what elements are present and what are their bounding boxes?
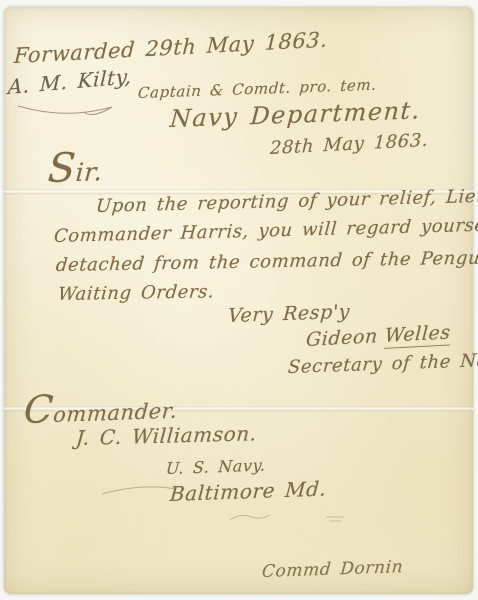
pencil-scribble-left [230,515,270,520]
welles-signature-last: Welles [384,321,452,349]
body-line-4: Waiting Orders. [57,281,215,305]
kilty-paraph-flourish [18,106,112,115]
body-line-3: detached from the command of the Penguin… [55,246,478,276]
letter-paper: Forwarded 29th May 1863. A. M. Kilty, Ca… [4,7,473,594]
welles-signature-first: Gideon [305,325,378,351]
welles-signature: GideonWelles [305,321,451,351]
docket-note: Commd Dornin [261,557,404,582]
secretary-title-line: Secretary of the Navy. [287,349,478,378]
kilty-signature: A. M. Kilty, [7,64,132,99]
pencil-stroke-baltimore [102,487,176,494]
letter-date: 28th May 1863. [269,130,428,159]
valediction: Very Resp'y [227,301,351,327]
scan-background: { "colors": { "ink": "#7e6b47", "pencil"… [0,0,478,600]
salutation: Sir. [46,144,104,192]
letterhead-department: Navy Department. [169,96,422,133]
addressee-location: Baltimore Md. [169,476,327,506]
forwarding-date-line: Forwarded 29th May 1863. [13,28,328,69]
body-line-2: Commander Harris, you will regard yourse… [53,214,478,248]
addressee-name: J. C. Williamson. [75,421,258,450]
addressee-branch: U. S. Navy. [165,455,266,478]
pencil-scribble-right [326,517,344,521]
